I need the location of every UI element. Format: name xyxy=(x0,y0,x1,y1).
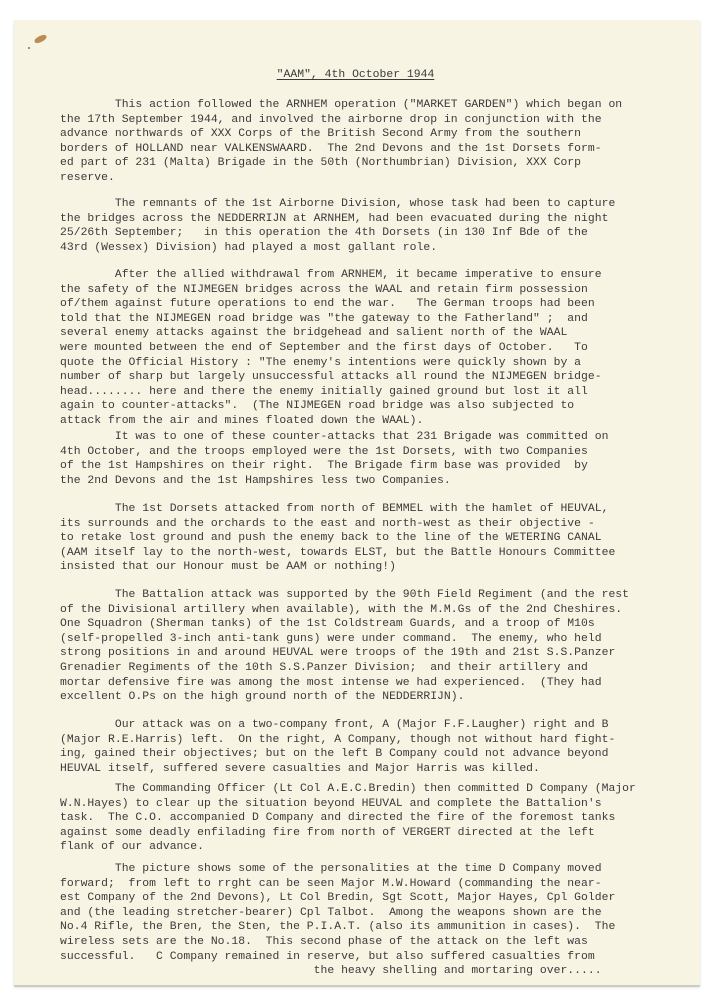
text-line: and (the leading stretcher-bearer) Cpl T… xyxy=(60,906,660,921)
text-line: reserve. xyxy=(60,171,660,186)
document-title-text: "AAM", 4th October 1944 xyxy=(277,69,435,81)
text-line: est Company of the 2nd Devons), Lt Col B… xyxy=(60,891,660,906)
text-line: number of sharp but largely unsuccessful… xyxy=(60,370,660,385)
text-line: successful. C Company remained in reserv… xyxy=(60,950,660,965)
paragraph: The Battalion attack was supported by th… xyxy=(60,588,660,705)
text-line: flank of our advance. xyxy=(60,840,660,855)
text-line: (self-propelled 3-inch anti-tank guns) w… xyxy=(60,632,660,647)
text-line: its surrounds and the orchards to the ea… xyxy=(60,517,660,532)
text-line: HEUVAL itself, suffered severe casualtie… xyxy=(60,762,660,777)
text-line: of the 1st Hampshires on their right. Th… xyxy=(60,459,660,474)
text-line: advance northwards of XXX Corps of the B… xyxy=(60,127,660,142)
text-line: This action followed the ARNHEM operatio… xyxy=(60,98,660,113)
text-line: The Battalion attack was supported by th… xyxy=(60,588,660,603)
text-line: of/them against future operations to end… xyxy=(60,297,660,312)
text-line: 4th October, and the troops employed wer… xyxy=(60,445,660,460)
text-line: (AAM itself lay to the north-west, towar… xyxy=(60,546,660,561)
paragraph: This action followed the ARNHEM operatio… xyxy=(60,98,660,186)
paragraph: The remnants of the 1st Airborne Divisio… xyxy=(60,197,660,255)
text-line: The remnants of the 1st Airborne Divisio… xyxy=(60,197,660,212)
text-line: The 1st Dorsets attacked from north of B… xyxy=(60,502,660,517)
text-line: task. The C.O. accompanied D Company and… xyxy=(60,811,660,826)
document-title: "AAM", 4th October 1944 xyxy=(0,68,711,83)
text-line: quote the Official History : "The enemy'… xyxy=(60,356,660,371)
text-line: of the Divisional artillery when availab… xyxy=(60,603,660,618)
text-line: It was to one of these counter-attacks t… xyxy=(60,430,660,445)
text-line: the 2nd Devons and the 1st Hampshires le… xyxy=(60,474,660,489)
text-line: the 17th September 1944, and involved th… xyxy=(60,113,660,128)
text-line: Grenadier Regiments of the 10th S.S.Panz… xyxy=(60,661,660,676)
text-line: (Major R.E.Harris) left. On the right, A… xyxy=(60,733,660,748)
paragraph: The Commanding Officer (Lt Col A.E.C.Bre… xyxy=(60,782,660,855)
paragraph: Our attack was on a two-company front, A… xyxy=(60,718,660,776)
text-line: several enemy attacks against the bridge… xyxy=(60,326,660,341)
text-line: The Commanding Officer (Lt Col A.E.C.Bre… xyxy=(60,782,660,797)
text-line: borders of HOLLAND near VALKENSWAARD. Th… xyxy=(60,142,660,157)
text-line: wireless sets are the No.18. This second… xyxy=(60,935,660,950)
text-line: excellent O.Ps on the high ground north … xyxy=(60,690,660,705)
text-line: against some deadly enfilading fire from… xyxy=(60,826,660,841)
text-line: told that the NIJMEGEN road bridge was "… xyxy=(60,312,660,327)
text-line: ed part of 231 (Malta) Brigade in the 50… xyxy=(60,156,660,171)
text-line: After the allied withdrawal from ARNHEM,… xyxy=(60,268,660,283)
text-line: 25/26th September; in this operation the… xyxy=(60,226,660,241)
paragraph: The 1st Dorsets attacked from north of B… xyxy=(60,502,660,575)
text-line: W.N.Hayes) to clear up the situation bey… xyxy=(60,797,660,812)
paragraph: After the allied withdrawal from ARNHEM,… xyxy=(60,268,660,429)
text-line: the bridges across the NEDDERRIJN at ARN… xyxy=(60,212,660,227)
text-line: No.4 Rifle, the Bren, the Sten, the P.I.… xyxy=(60,920,660,935)
rust-stain-dot xyxy=(28,47,30,49)
text-line: to retake lost ground and push the enemy… xyxy=(60,531,660,546)
text-line: the safety of the NIJMEGEN bridges acros… xyxy=(60,283,660,298)
text-line: The picture shows some of the personalit… xyxy=(60,862,660,877)
text-line: attack from the air and mines floated do… xyxy=(60,414,660,429)
text-line: again to counter-attacks". (The NIJMEGEN… xyxy=(60,399,660,414)
text-line: were mounted between the end of Septembe… xyxy=(60,341,660,356)
text-line: head........ here and there the enemy in… xyxy=(60,385,660,400)
text-line: Our attack was on a two-company front, A… xyxy=(60,718,660,733)
text-line: ing, gained their objectives; but on the… xyxy=(60,747,660,762)
text-line: 43rd (Wessex) Division) had played a mos… xyxy=(60,241,660,256)
text-line: forward; from left to rrght can be seen … xyxy=(60,877,660,892)
paragraph: It was to one of these counter-attacks t… xyxy=(60,430,660,488)
text-line: insisted that our Honour must be AAM or … xyxy=(60,560,660,575)
text-line: the heavy shelling and mortaring over...… xyxy=(60,964,660,979)
text-line: strong positions in and around HEUVAL we… xyxy=(60,646,660,661)
paragraph: The picture shows some of the personalit… xyxy=(60,862,660,979)
text-line: mortar defensive fire was among the most… xyxy=(60,676,660,691)
text-line: One Squadron (Sherman tanks) of the 1st … xyxy=(60,617,660,632)
